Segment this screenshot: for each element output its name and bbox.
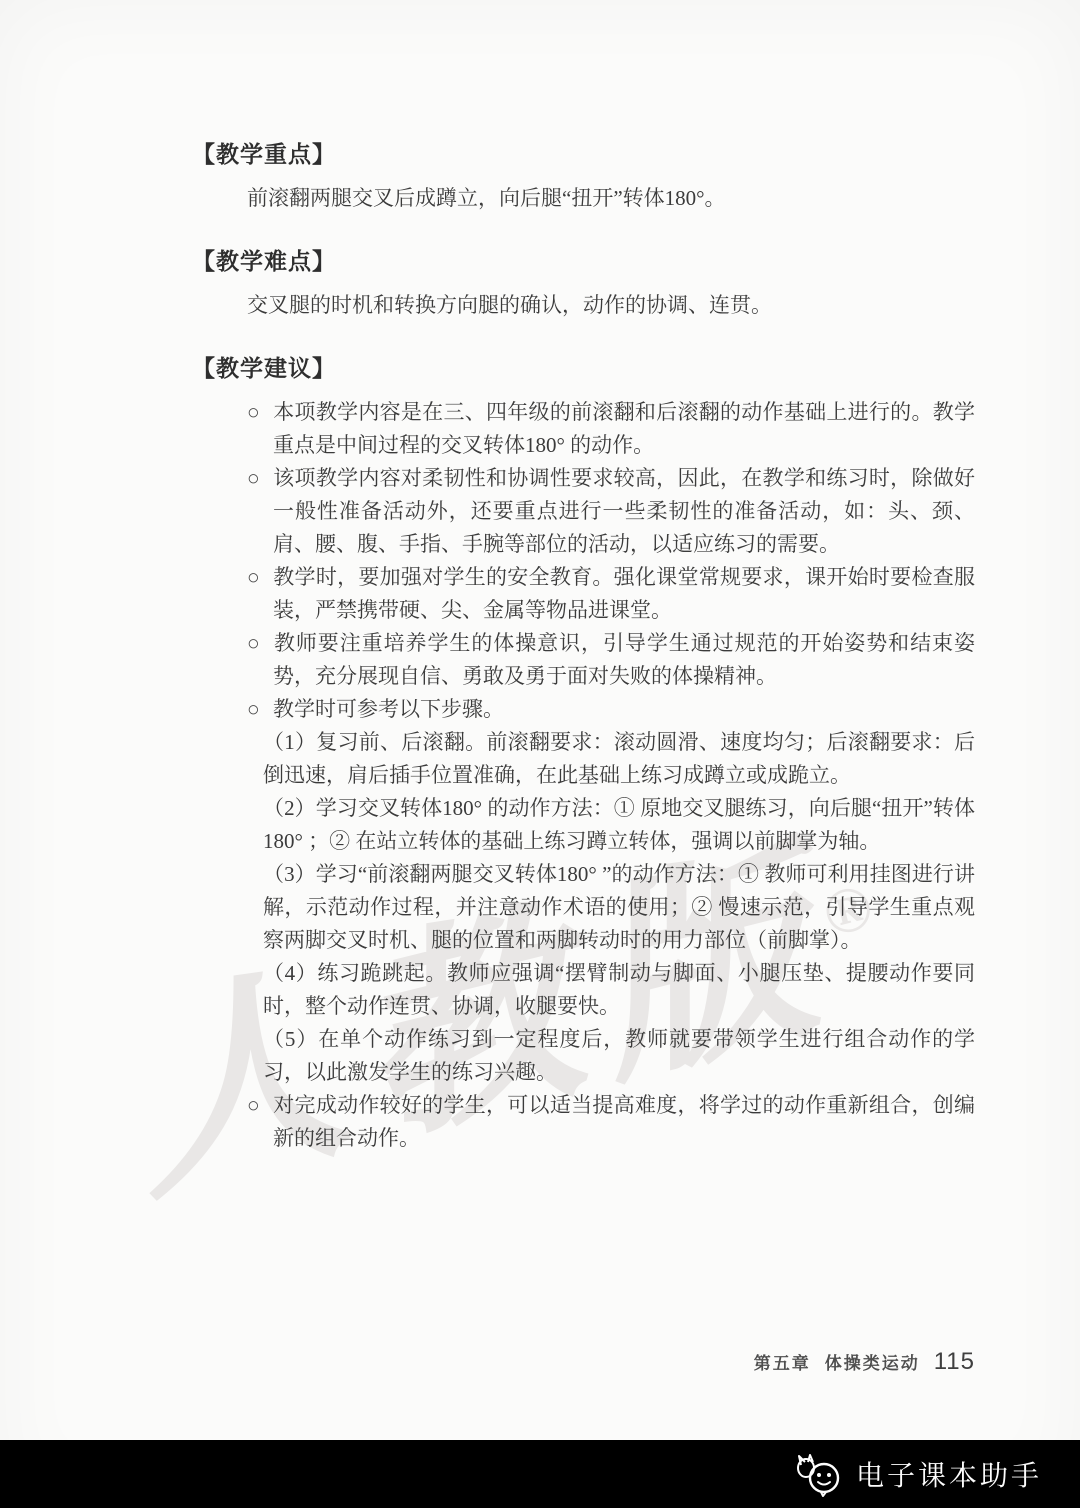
steps-list: （1）复习前、后滚翻。前滚翻要求：滚动圆滑、速度均匀；后滚翻要求：后倒迅速，肩后… <box>263 726 975 1089</box>
suggestion-item: ○教学时可参考以下步骤。 <box>247 693 975 726</box>
suggestion-item: ○该项教学内容对柔韧性和协调性要求较高，因此，在教学和练习时，除做好一般性准备活… <box>247 462 975 561</box>
suggestion-text: 本项教学内容是在三、四年级的前滚翻和后滚翻的动作基础上进行的。教学重点是中间过程… <box>273 400 975 457</box>
bullet-icon: ○ <box>247 1089 273 1122</box>
textbook-page: 【教学重点】 前滚翻两腿交叉后成蹲立，向后腿“扭开”转体180°。 【教学难点】… <box>0 0 1080 1440</box>
suggestion-text: 教师要注重培养学生的体操意识，引导学生通过规范的开始姿势和结束姿势，充分展现自信… <box>273 631 975 688</box>
suggestion-item: ○教学时，要加强对学生的安全教育。强化课堂常规要求，课开始时要检查服装，严禁携带… <box>247 561 975 627</box>
suggestion-item: ○教师要注重培养学生的体操意识，引导学生通过规范的开始姿势和结束姿势，充分展现自… <box>247 627 975 693</box>
section-teaching-focus: 【教学重点】 前滚翻两腿交叉后成蹲立，向后腿“扭开”转体180°。 <box>192 140 975 215</box>
footer-page-number: 115 <box>934 1348 975 1375</box>
bullet-icon: ○ <box>247 462 273 495</box>
bullet-icon: ○ <box>247 396 273 429</box>
step-item: （5）在单个动作练习到一定程度后，教师就要带领学生进行组合动作的学习，以此激发学… <box>263 1023 975 1089</box>
brand-bar: 电子课本助手 <box>0 1440 1080 1508</box>
teaching-focus-heading: 【教学重点】 <box>192 140 975 170</box>
teaching-difficulty-heading: 【教学难点】 <box>192 247 975 277</box>
teaching-difficulty-paragraph: 交叉腿的时机和转换方向腿的确认，动作的协调、连贯。 <box>247 289 975 322</box>
suggestion-text: 教学时可参考以下步骤。 <box>273 697 504 721</box>
footer-section-title: 体操类运动 <box>825 1354 920 1373</box>
section-teaching-difficulty: 【教学难点】 交叉腿的时机和转换方向腿的确认，动作的协调、连贯。 <box>192 247 975 322</box>
section-teaching-suggestions: 【教学建议】 ○本项教学内容是在三、四年级的前滚翻和后滚翻的动作基础上进行的。教… <box>192 354 975 1155</box>
step-item: （4）练习跪跳起。教师应强调“摆臂制动与脚面、小腿压垫、提腰动作要同时，整个动作… <box>263 957 975 1023</box>
footer-chapter: 第五章 <box>754 1354 811 1373</box>
suggestion-text: 教学时，要加强对学生的安全教育。强化课堂常规要求，课开始时要检查服装，严禁携带硬… <box>273 565 975 622</box>
step-item: （3）学习“前滚翻两腿交叉转体180° ”的动作方法：① 教师可利用挂图进行讲解… <box>263 858 975 957</box>
suggestions-list: ○本项教学内容是在三、四年级的前滚翻和后滚翻的动作基础上进行的。教学重点是中间过… <box>247 396 975 1155</box>
step-item: （2）学习交叉转体180° 的动作方法：① 原地交叉腿练习，向后腿“扭开”转体1… <box>263 792 975 858</box>
mascot-icon <box>793 1451 843 1497</box>
teaching-focus-paragraph: 前滚翻两腿交叉后成蹲立，向后腿“扭开”转体180°。 <box>247 182 975 215</box>
suggestion-text: 该项教学内容对柔韧性和协调性要求较高，因此，在教学和练习时，除做好一般性准备活动… <box>273 466 975 556</box>
suggestion-item: ○对完成动作较好的学生，可以适当提高难度，将学过的动作重新组合，创编新的组合动作… <box>247 1089 975 1155</box>
bullet-icon: ○ <box>247 627 273 660</box>
teaching-suggestions-heading: 【教学建议】 <box>192 354 975 384</box>
brand-name: 电子课本助手 <box>856 1454 1042 1494</box>
bullet-icon: ○ <box>247 561 273 594</box>
page-footer: 第五章体操类运动115 <box>0 1348 975 1376</box>
bullet-icon: ○ <box>247 693 273 726</box>
suggestion-text: 对完成动作较好的学生，可以适当提高难度，将学过的动作重新组合，创编新的组合动作。 <box>273 1093 975 1150</box>
suggestion-item: ○本项教学内容是在三、四年级的前滚翻和后滚翻的动作基础上进行的。教学重点是中间过… <box>247 396 975 462</box>
step-item: （1）复习前、后滚翻。前滚翻要求：滚动圆滑、速度均匀；后滚翻要求：后倒迅速，肩后… <box>263 726 975 792</box>
